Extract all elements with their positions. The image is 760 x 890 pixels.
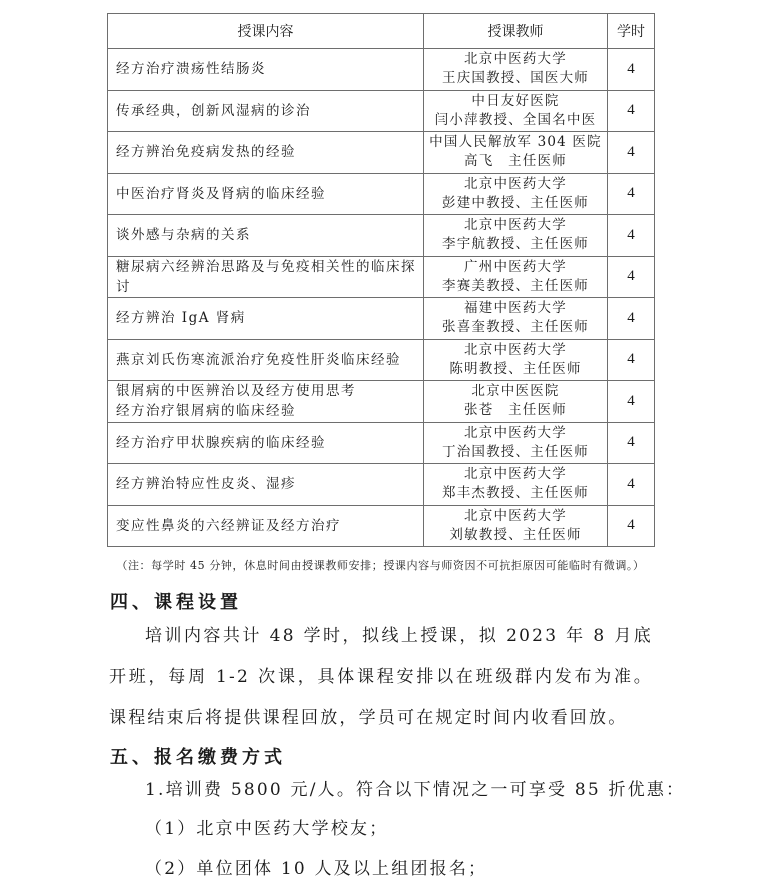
teacher-institution: 北京中医药大学 bbox=[424, 175, 607, 194]
teacher-institution: 北京中医药大学 bbox=[424, 465, 607, 484]
teacher-institution: 中国人民解放军 304 医院 bbox=[424, 133, 607, 152]
hours-cell: 4 bbox=[608, 505, 655, 547]
table-row: 经方辨治免疫病发热的经验中国人民解放军 304 医院高飞 主任医师4 bbox=[108, 132, 655, 174]
table-row: 中医治疗肾炎及肾病的临床经验北京中医药大学彭建中教授、主任医师4 bbox=[108, 173, 655, 215]
teacher-name-title: 张喜奎教授、主任医师 bbox=[424, 318, 607, 337]
table-row: 经方治疗甲状腺疾病的临床经验北京中医药大学丁治国教授、主任医师4 bbox=[108, 422, 655, 464]
teacher-cell: 北京中医药大学刘敏教授、主任医师 bbox=[424, 505, 608, 547]
header-content: 授课内容 bbox=[108, 14, 424, 49]
fee-line: 1.培训费 5800 元/人。符合以下情况之一可享受 85 折优惠： bbox=[145, 775, 685, 800]
course-content-cell: 经方辨治特应性皮炎、湿疹 bbox=[108, 464, 424, 506]
teacher-name-title: 丁治国教授、主任医师 bbox=[424, 443, 607, 462]
teacher-cell: 北京中医药大学丁治国教授、主任医师 bbox=[424, 422, 608, 464]
teacher-name-title: 闫小萍教授、全国名中医 bbox=[424, 111, 607, 130]
discount-item: （2）单位团体 10 人及以上组团报名； bbox=[145, 854, 487, 879]
header-hours: 学时 bbox=[608, 14, 655, 49]
teacher-cell: 广州中医药大学李赛美教授、主任医师 bbox=[424, 256, 608, 298]
discount-item: （1）北京中医药大学校友； bbox=[145, 814, 388, 839]
table-row: 变应性鼻炎的六经辨证及经方治疗北京中医药大学刘敏教授、主任医师4 bbox=[108, 505, 655, 547]
hours-cell: 4 bbox=[608, 298, 655, 340]
hours-cell: 4 bbox=[608, 90, 655, 132]
course-schedule-table: 授课内容 授课教师 学时 经方治疗溃疡性结肠炎北京中医药大学王庆国教授、国医大师… bbox=[107, 13, 655, 547]
teacher-institution: 北京中医药大学 bbox=[424, 341, 607, 360]
teacher-institution: 中日友好医院 bbox=[424, 92, 607, 111]
teacher-institution: 北京中医药大学 bbox=[424, 216, 607, 235]
hours-cell: 4 bbox=[608, 339, 655, 381]
section-heading-course-setup: 四、课程设置 bbox=[110, 588, 242, 614]
teacher-cell: 北京中医药大学彭建中教授、主任医师 bbox=[424, 173, 608, 215]
table-note: （注：每学时 45 分钟，休息时间由授课教师安排；授课内容与师资因不可抗拒原因可… bbox=[107, 557, 654, 573]
course-content-cell: 经方治疗甲状腺疾病的临床经验 bbox=[108, 422, 424, 464]
hours-cell: 4 bbox=[608, 49, 655, 91]
course-content-cell: 变应性鼻炎的六经辨证及经方治疗 bbox=[108, 505, 424, 547]
table-row: 经方辨治特应性皮炎、湿疹北京中医药大学郑丰杰教授、主任医师4 bbox=[108, 464, 655, 506]
teacher-cell: 北京中医医院张苍 主任医师 bbox=[424, 381, 608, 423]
course-content-cell: 经方辨治免疫病发热的经验 bbox=[108, 132, 424, 174]
teacher-name-title: 刘敏教授、主任医师 bbox=[424, 526, 607, 545]
course-content-cell: 经方辨治 IgA 肾病 bbox=[108, 298, 424, 340]
teacher-name-title: 高飞 主任医师 bbox=[424, 152, 607, 171]
teacher-cell: 中日友好医院闫小萍教授、全国名中医 bbox=[424, 90, 608, 132]
table-body: 经方治疗溃疡性结肠炎北京中医药大学王庆国教授、国医大师4传承经典，创新风湿病的诊… bbox=[108, 49, 655, 547]
teacher-cell: 北京中医药大学陈明教授、主任医师 bbox=[424, 339, 608, 381]
section-heading-registration: 五、报名缴费方式 bbox=[110, 743, 286, 769]
hours-cell: 4 bbox=[608, 173, 655, 215]
course-content-cell: 经方治疗溃疡性结肠炎 bbox=[108, 49, 424, 91]
teacher-name-title: 李赛美教授、主任医师 bbox=[424, 277, 607, 296]
teacher-name-title: 张苍 主任医师 bbox=[424, 401, 607, 420]
teacher-name-title: 陈明教授、主任医师 bbox=[424, 360, 607, 379]
teacher-name-title: 王庆国教授、国医大师 bbox=[424, 69, 607, 88]
hours-cell: 4 bbox=[608, 422, 655, 464]
table-row: 谈外感与杂病的关系北京中医药大学李宇航教授、主任医师4 bbox=[108, 215, 655, 257]
teacher-cell: 福建中医药大学张喜奎教授、主任医师 bbox=[424, 298, 608, 340]
hours-cell: 4 bbox=[608, 464, 655, 506]
table-row: 经方辨治 IgA 肾病福建中医药大学张喜奎教授、主任医师4 bbox=[108, 298, 655, 340]
hours-cell: 4 bbox=[608, 215, 655, 257]
teacher-name-title: 彭建中教授、主任医师 bbox=[424, 194, 607, 213]
table-row: 银屑病的中医辨治以及经方使用思考经方治疗银屑病的临床经验北京中医医院张苍 主任医… bbox=[108, 381, 655, 423]
table-row: 糖尿病六经辨治思路及与免疫相关性的临床探讨广州中医药大学李赛美教授、主任医师4 bbox=[108, 256, 655, 298]
hours-cell: 4 bbox=[608, 256, 655, 298]
teacher-institution: 福建中医药大学 bbox=[424, 299, 607, 318]
teacher-institution: 广州中医药大学 bbox=[424, 258, 607, 277]
table-row: 经方治疗溃疡性结肠炎北京中医药大学王庆国教授、国医大师4 bbox=[108, 49, 655, 91]
table-header-row: 授课内容 授课教师 学时 bbox=[108, 14, 655, 49]
course-content-cell: 燕京刘氏伤寒流派治疗免疫性肝炎临床经验 bbox=[108, 339, 424, 381]
course-content-cell: 传承经典，创新风湿病的诊治 bbox=[108, 90, 424, 132]
teacher-institution: 北京中医药大学 bbox=[424, 50, 607, 69]
teacher-cell: 北京中医药大学郑丰杰教授、主任医师 bbox=[424, 464, 608, 506]
course-content-cell: 谈外感与杂病的关系 bbox=[108, 215, 424, 257]
course-content-cell: 中医治疗肾炎及肾病的临床经验 bbox=[108, 173, 424, 215]
teacher-institution: 北京中医药大学 bbox=[424, 507, 607, 526]
course-setup-paragraph: 培训内容共计 48 学时，拟线上授课，拟 2023 年 8 月底开班，每周 1-… bbox=[109, 616, 653, 739]
table-row: 传承经典，创新风湿病的诊治中日友好医院闫小萍教授、全国名中医4 bbox=[108, 90, 655, 132]
table-row: 燕京刘氏伤寒流派治疗免疫性肝炎临床经验北京中医药大学陈明教授、主任医师4 bbox=[108, 339, 655, 381]
teacher-cell: 北京中医药大学王庆国教授、国医大师 bbox=[424, 49, 608, 91]
teacher-institution: 北京中医药大学 bbox=[424, 424, 607, 443]
teacher-institution: 北京中医医院 bbox=[424, 382, 607, 401]
hours-cell: 4 bbox=[608, 381, 655, 423]
teacher-name-title: 李宇航教授、主任医师 bbox=[424, 235, 607, 254]
teacher-name-title: 郑丰杰教授、主任医师 bbox=[424, 484, 607, 503]
course-content-cell: 糖尿病六经辨治思路及与免疫相关性的临床探讨 bbox=[108, 256, 424, 298]
course-content-cell: 银屑病的中医辨治以及经方使用思考经方治疗银屑病的临床经验 bbox=[108, 381, 424, 423]
teacher-cell: 中国人民解放军 304 医院高飞 主任医师 bbox=[424, 132, 608, 174]
teacher-cell: 北京中医药大学李宇航教授、主任医师 bbox=[424, 215, 608, 257]
hours-cell: 4 bbox=[608, 132, 655, 174]
header-teacher: 授课教师 bbox=[424, 14, 608, 49]
